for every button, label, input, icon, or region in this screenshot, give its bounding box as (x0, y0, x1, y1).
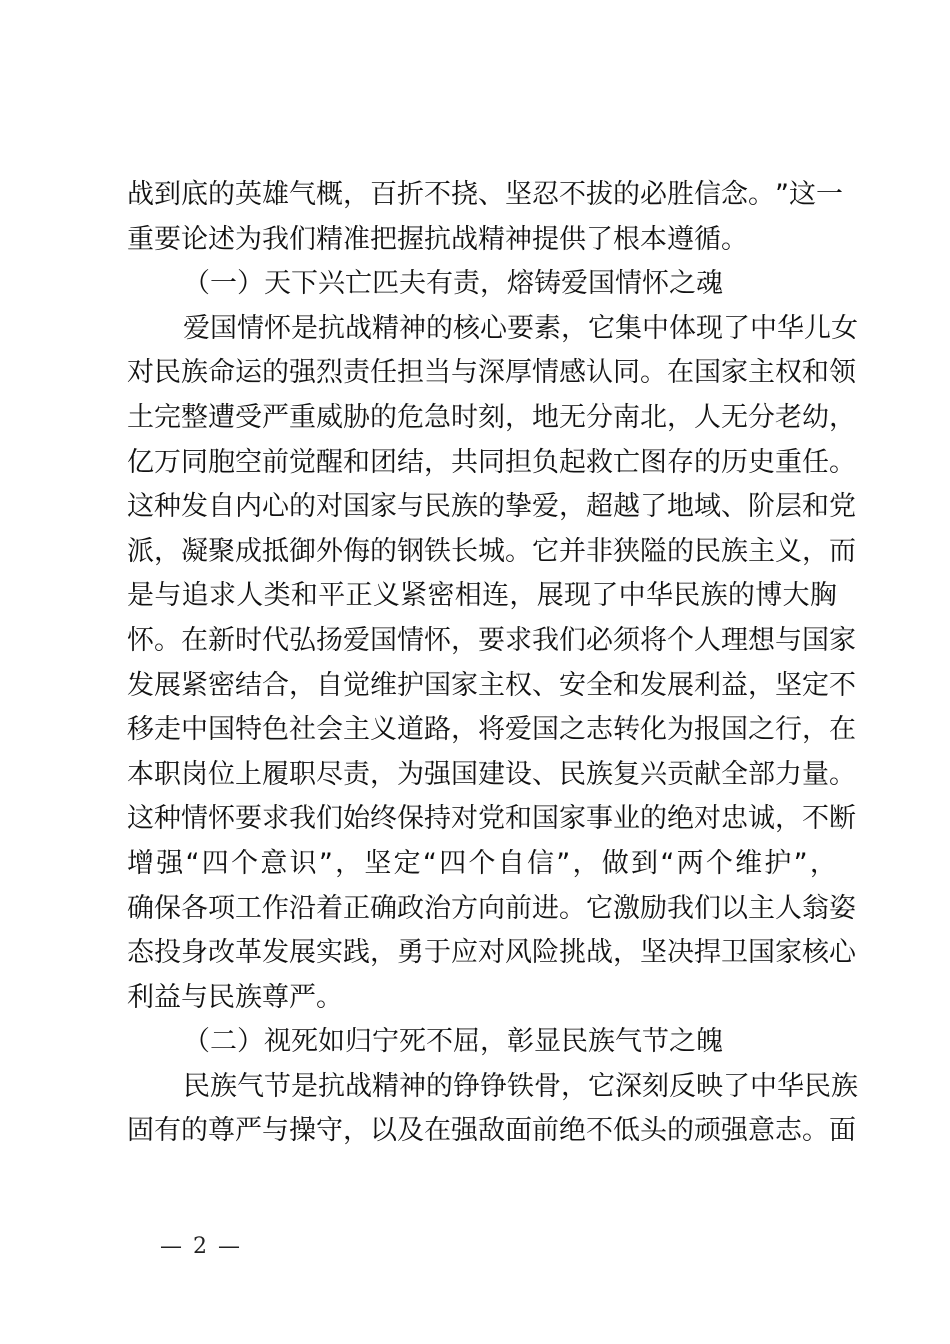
section-heading: （一）天下兴亡匹夫有责，熔铸爱国情怀之魂 (127, 262, 837, 307)
paragraph-line: 本职岗位上履职尽责，为强国建设、民族复兴贡献全部力量。 (127, 753, 837, 798)
paragraph-line: 确保各项工作沿着正确政治方向前进。它激励我们以主人翁姿 (127, 887, 837, 932)
section-heading: （二）视死如归宁死不屈，彰显民族气节之魄 (127, 1020, 837, 1065)
paragraph-line: 对民族命运的强烈责任担当与深厚情感认同。在国家主权和领 (127, 351, 837, 396)
paragraph-line: 利益与民族尊严。 (127, 976, 837, 1021)
paragraph-line: 这种情怀要求我们始终保持对党和国家事业的绝对忠诚，不断 (127, 797, 837, 842)
document-page: 战到底的英雄气概，百折不挠、坚忍不拔的必胜信念。” 这一重要论述为我们精准把握抗… (0, 0, 950, 1344)
paragraph-line: 移走中国特色社会主义道路，将爱国之志转化为报国之行，在 (127, 708, 837, 753)
paragraph-line: 民族气节是抗战精神的铮铮铁骨，它深刻反映了中华民族 (127, 1065, 837, 1110)
paragraph-line: 战到底的英雄气概，百折不挠、坚忍不拔的必胜信念。” 这一 (127, 173, 837, 218)
paragraph-line: 亿万同胞空前觉醒和团结，共同担负起救亡图存的历史重任。 (127, 441, 837, 486)
paragraph-line: 是与追求人类和平正义紧密相连，展现了中华民族的博大胸 (127, 574, 837, 619)
paragraph-line: 固有的尊严与操守，以及在强敌面前绝不低头的顽强意志。面 (127, 1109, 837, 1154)
body-text: 战到底的英雄气概，百折不挠、坚忍不拔的必胜信念。” 这一重要论述为我们精准把握抗… (127, 173, 837, 1154)
paragraph-line: 这种发自内心的对国家与民族的挚爱，超越了地域、阶层和党 (127, 485, 837, 530)
paragraph-line: 重要论述为我们精准把握抗战精神提供了根本遵循。 (127, 218, 837, 263)
paragraph-line: 派，凝聚成抵御外侮的钢铁长城。它并非狭隘的民族主义，而 (127, 530, 837, 575)
paragraph-line: 爱国情怀是抗战精神的核心要素，它集中体现了中华儿女 (127, 307, 837, 352)
paragraph-line: 土完整遭受严重威胁的危急时刻，地无分南北，人无分老幼， (127, 396, 837, 441)
paragraph-line: 态投身改革发展实践，勇于应对风险挑战，坚决捍卫国家核心 (127, 931, 837, 976)
paragraph-line: 增强“四个意识”，坚定“四个自信”，做到“两个维护”， (127, 842, 837, 887)
paragraph-line: 发展紧密结合，自觉维护国家主权、安全和发展利益，坚定不 (127, 664, 837, 709)
page-number: — 2 — (160, 1234, 242, 1259)
paragraph-line: 怀。在新时代弘扬爱国情怀，要求我们必须将个人理想与国家 (127, 619, 837, 664)
